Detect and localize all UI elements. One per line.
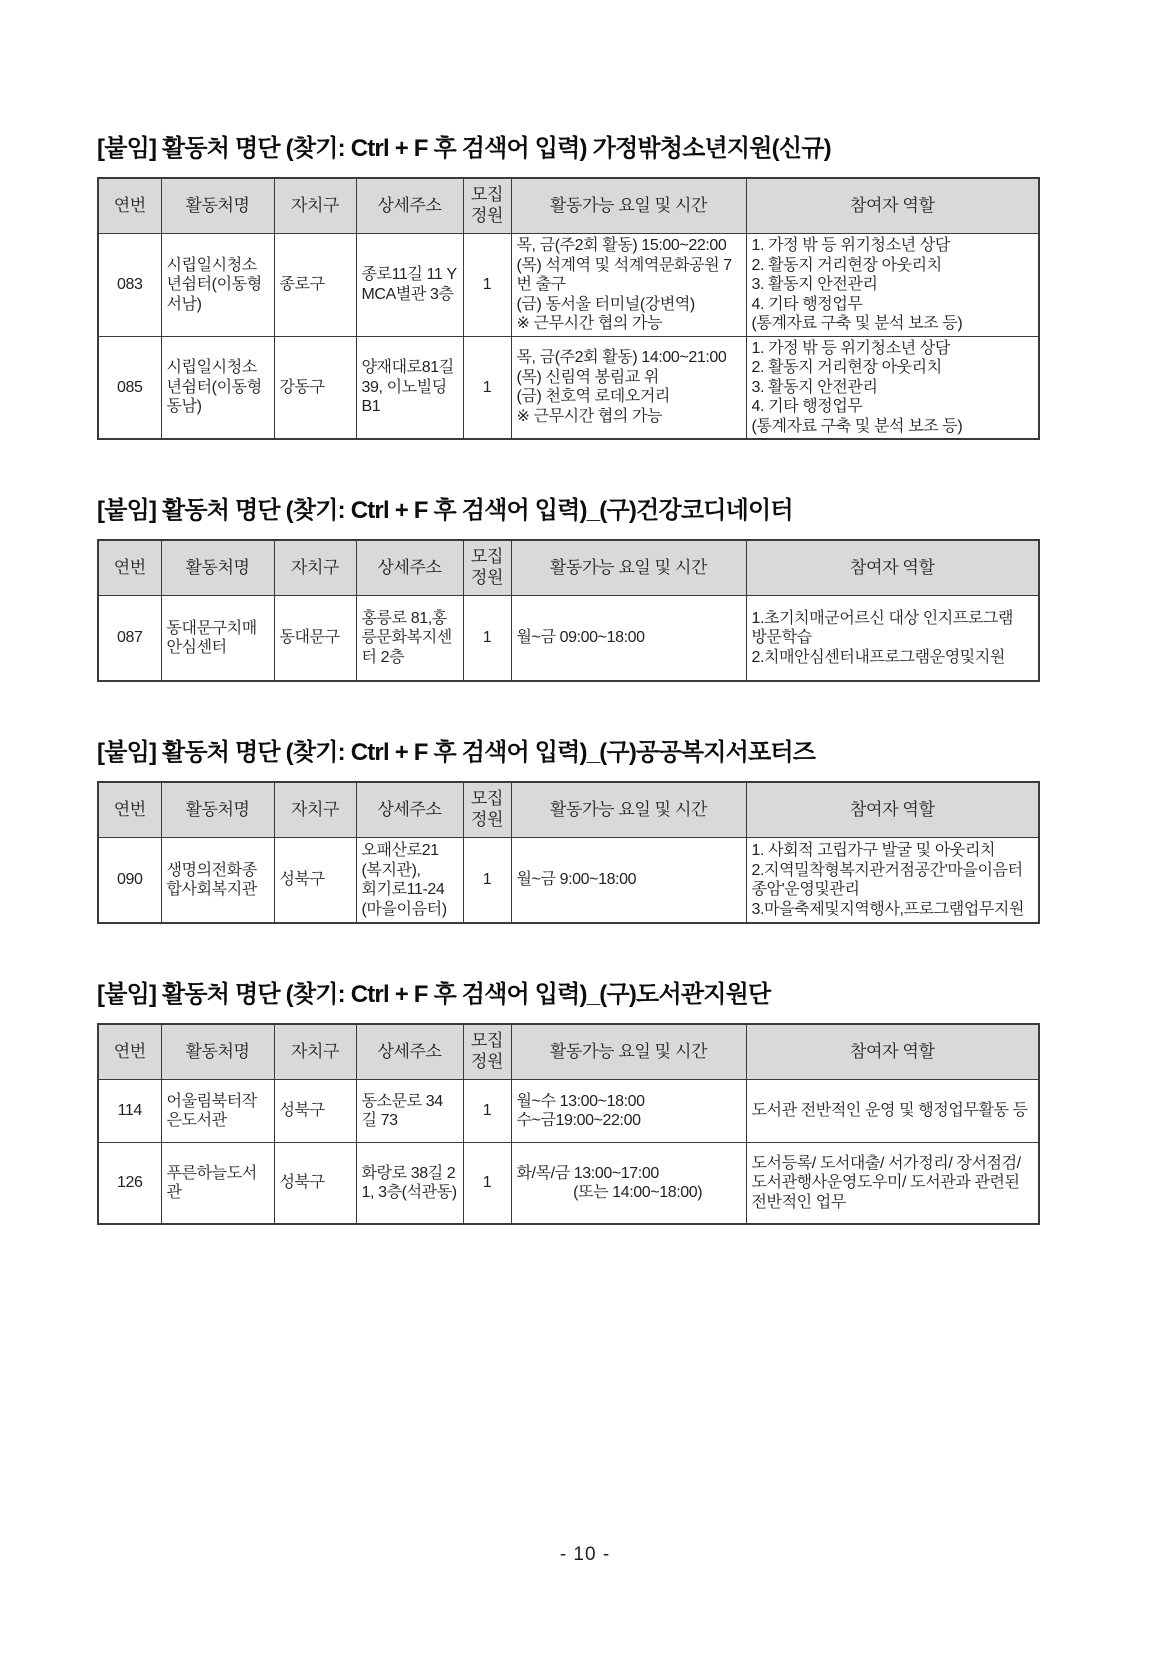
col-header-district: 자치구 bbox=[274, 782, 356, 838]
section-title: [붙임] 활동처 명단 (찾기: Ctrl + F 후 검색어 입력) 가정밖청… bbox=[97, 128, 1040, 163]
section-library-support: [붙임] 활동처 명단 (찾기: Ctrl + F 후 검색어 입력)_(구)도… bbox=[97, 974, 1040, 1225]
col-header-capacity: 모집 정원 bbox=[463, 540, 511, 596]
document-content: [붙임] 활동처 명단 (찾기: Ctrl + F 후 검색어 입력) 가정밖청… bbox=[97, 128, 1040, 1275]
col-header-address: 상세주소 bbox=[356, 1024, 463, 1080]
table-row: 087 동대문구치매안심센터 동대문구 홍릉로 81,홍릉문화복지센터 2층 1… bbox=[98, 596, 1039, 682]
col-header-capacity: 모집 정원 bbox=[463, 178, 511, 234]
cell-no: 090 bbox=[98, 838, 161, 924]
cell-role: 1. 가정 밖 등 위기청소년 상담 2. 활동지 거리현장 아웃리치 3. 활… bbox=[746, 336, 1039, 439]
col-header-address: 상세주소 bbox=[356, 782, 463, 838]
section-public-welfare-supporters: [붙임] 활동처 명단 (찾기: Ctrl + F 후 검색어 입력)_(구)공… bbox=[97, 732, 1040, 924]
cell-capacity: 1 bbox=[463, 838, 511, 924]
cell-name: 시립일시청소년쉼터(이동형 동남) bbox=[161, 336, 274, 439]
cell-no: 126 bbox=[98, 1143, 161, 1225]
cell-role: 도서관 전반적인 운영 및 행정업무활동 등 bbox=[746, 1080, 1039, 1143]
activity-table: 연번 활동처명 자치구 상세주소 모집 정원 활동가능 요일 및 시간 참여자 … bbox=[97, 177, 1040, 440]
col-header-role: 참여자 역할 bbox=[746, 540, 1039, 596]
table-row: 090 생명의전화종합사회복지관 성북구 오패산로21(복지관), 회기로11-… bbox=[98, 838, 1039, 924]
table-header-row: 연번 활동처명 자치구 상세주소 모집 정원 활동가능 요일 및 시간 참여자 … bbox=[98, 1024, 1039, 1080]
cell-role: 1.초기치매군어르신 대상 인지프로그램 방문학습 2.치매안심센터내프로그램운… bbox=[746, 596, 1039, 682]
col-header-address: 상세주소 bbox=[356, 540, 463, 596]
table-header-row: 연번 활동처명 자치구 상세주소 모집 정원 활동가능 요일 및 시간 참여자 … bbox=[98, 540, 1039, 596]
cell-no: 083 bbox=[98, 234, 161, 337]
cell-address: 오패산로21(복지관), 회기로11-24 (마을이음터) bbox=[356, 838, 463, 924]
table-header-row: 연번 활동처명 자치구 상세주소 모집 정원 활동가능 요일 및 시간 참여자 … bbox=[98, 782, 1039, 838]
cell-district: 성북구 bbox=[274, 838, 356, 924]
document-page: [붙임] 활동처 명단 (찾기: Ctrl + F 후 검색어 입력) 가정밖청… bbox=[0, 0, 1170, 1654]
cell-address: 동소문로 34길 73 bbox=[356, 1080, 463, 1143]
cell-name: 생명의전화종합사회복지관 bbox=[161, 838, 274, 924]
section-health-coordinator: [붙임] 활동처 명단 (찾기: Ctrl + F 후 검색어 입력)_(구)건… bbox=[97, 490, 1040, 682]
cell-address: 화랑로 38길 21, 3층(석관동) bbox=[356, 1143, 463, 1225]
table-row: 085 시립일시청소년쉼터(이동형 동남) 강동구 양재대로81길 39, 이노… bbox=[98, 336, 1039, 439]
activity-table: 연번 활동처명 자치구 상세주소 모집 정원 활동가능 요일 및 시간 참여자 … bbox=[97, 1023, 1040, 1225]
col-header-schedule: 활동가능 요일 및 시간 bbox=[511, 1024, 746, 1080]
cell-district: 성북구 bbox=[274, 1143, 356, 1225]
cell-capacity: 1 bbox=[463, 234, 511, 337]
cell-district: 동대문구 bbox=[274, 596, 356, 682]
cell-schedule: 화/목/금 13:00~17:00 (또는 14:00~18:00) bbox=[511, 1143, 746, 1225]
cell-no: 085 bbox=[98, 336, 161, 439]
cell-name: 푸른하늘도서관 bbox=[161, 1143, 274, 1225]
cell-schedule: 목, 금(주2회 활동) 14:00~21:00 (목) 신림역 봉림교 위 (… bbox=[511, 336, 746, 439]
col-header-name: 활동처명 bbox=[161, 178, 274, 234]
cell-schedule: 월~금 09:00~18:00 bbox=[511, 596, 746, 682]
section-title: [붙임] 활동처 명단 (찾기: Ctrl + F 후 검색어 입력)_(구)공… bbox=[97, 732, 1040, 767]
col-header-schedule: 활동가능 요일 및 시간 bbox=[511, 782, 746, 838]
activity-table: 연번 활동처명 자치구 상세주소 모집 정원 활동가능 요일 및 시간 참여자 … bbox=[97, 781, 1040, 924]
col-header-no: 연번 bbox=[98, 540, 161, 596]
col-header-schedule: 활동가능 요일 및 시간 bbox=[511, 540, 746, 596]
col-header-role: 참여자 역할 bbox=[746, 782, 1039, 838]
cell-schedule: 월~금 9:00~18:00 bbox=[511, 838, 746, 924]
cell-name: 동대문구치매안심센터 bbox=[161, 596, 274, 682]
cell-address: 양재대로81길 39, 이노빌딩 B1 bbox=[356, 336, 463, 439]
table-row: 126 푸른하늘도서관 성북구 화랑로 38길 21, 3층(석관동) 1 화/… bbox=[98, 1143, 1039, 1225]
col-header-district: 자치구 bbox=[274, 178, 356, 234]
table-header-row: 연번 활동처명 자치구 상세주소 모집 정원 활동가능 요일 및 시간 참여자 … bbox=[98, 178, 1039, 234]
col-header-no: 연번 bbox=[98, 178, 161, 234]
cell-address: 종로11길 11 YMCA별관 3층 bbox=[356, 234, 463, 337]
cell-district: 성북구 bbox=[274, 1080, 356, 1143]
cell-role: 1. 사회적 고립가구 발굴 및 아웃리치 2.지역밀착형복지관거점공간'마을이… bbox=[746, 838, 1039, 924]
table-row: 114 어울림북터작은도서관 성북구 동소문로 34길 73 1 월~수 13:… bbox=[98, 1080, 1039, 1143]
cell-no: 114 bbox=[98, 1080, 161, 1143]
cell-schedule: 목, 금(주2회 활동) 15:00~22:00 (목) 석계역 및 석계역문화… bbox=[511, 234, 746, 337]
col-header-name: 활동처명 bbox=[161, 540, 274, 596]
activity-table: 연번 활동처명 자치구 상세주소 모집 정원 활동가능 요일 및 시간 참여자 … bbox=[97, 539, 1040, 682]
col-header-district: 자치구 bbox=[274, 540, 356, 596]
cell-capacity: 1 bbox=[463, 1080, 511, 1143]
cell-capacity: 1 bbox=[463, 1143, 511, 1225]
cell-role: 1. 가정 밖 등 위기청소년 상담 2. 활동지 거리현장 아웃리치 3. 활… bbox=[746, 234, 1039, 337]
col-header-no: 연번 bbox=[98, 782, 161, 838]
cell-address: 홍릉로 81,홍릉문화복지센터 2층 bbox=[356, 596, 463, 682]
cell-name: 어울림북터작은도서관 bbox=[161, 1080, 274, 1143]
col-header-name: 활동처명 bbox=[161, 782, 274, 838]
col-header-capacity: 모집 정원 bbox=[463, 1024, 511, 1080]
section-youth-support: [붙임] 활동처 명단 (찾기: Ctrl + F 후 검색어 입력) 가정밖청… bbox=[97, 128, 1040, 440]
col-header-role: 참여자 역할 bbox=[746, 1024, 1039, 1080]
section-title: [붙임] 활동처 명단 (찾기: Ctrl + F 후 검색어 입력)_(구)건… bbox=[97, 490, 1040, 525]
cell-district: 종로구 bbox=[274, 234, 356, 337]
col-header-schedule: 활동가능 요일 및 시간 bbox=[511, 178, 746, 234]
col-header-role: 참여자 역할 bbox=[746, 178, 1039, 234]
cell-role: 도서등록/ 도서대출/ 서가정리/ 장서점검/ 도서관행사운영도우미/ 도서관과… bbox=[746, 1143, 1039, 1225]
cell-capacity: 1 bbox=[463, 596, 511, 682]
cell-no: 087 bbox=[98, 596, 161, 682]
col-header-no: 연번 bbox=[98, 1024, 161, 1080]
col-header-address: 상세주소 bbox=[356, 178, 463, 234]
cell-name: 시립일시청소년쉼터(이동형 서남) bbox=[161, 234, 274, 337]
col-header-capacity: 모집 정원 bbox=[463, 782, 511, 838]
table-row: 083 시립일시청소년쉼터(이동형 서남) 종로구 종로11길 11 YMCA별… bbox=[98, 234, 1039, 337]
cell-capacity: 1 bbox=[463, 336, 511, 439]
section-title: [붙임] 활동처 명단 (찾기: Ctrl + F 후 검색어 입력)_(구)도… bbox=[97, 974, 1040, 1009]
cell-district: 강동구 bbox=[274, 336, 356, 439]
col-header-name: 활동처명 bbox=[161, 1024, 274, 1080]
cell-schedule: 월~수 13:00~18:00 수~금19:00~22:00 bbox=[511, 1080, 746, 1143]
col-header-district: 자치구 bbox=[274, 1024, 356, 1080]
page-number: - 10 - bbox=[0, 1544, 1170, 1566]
